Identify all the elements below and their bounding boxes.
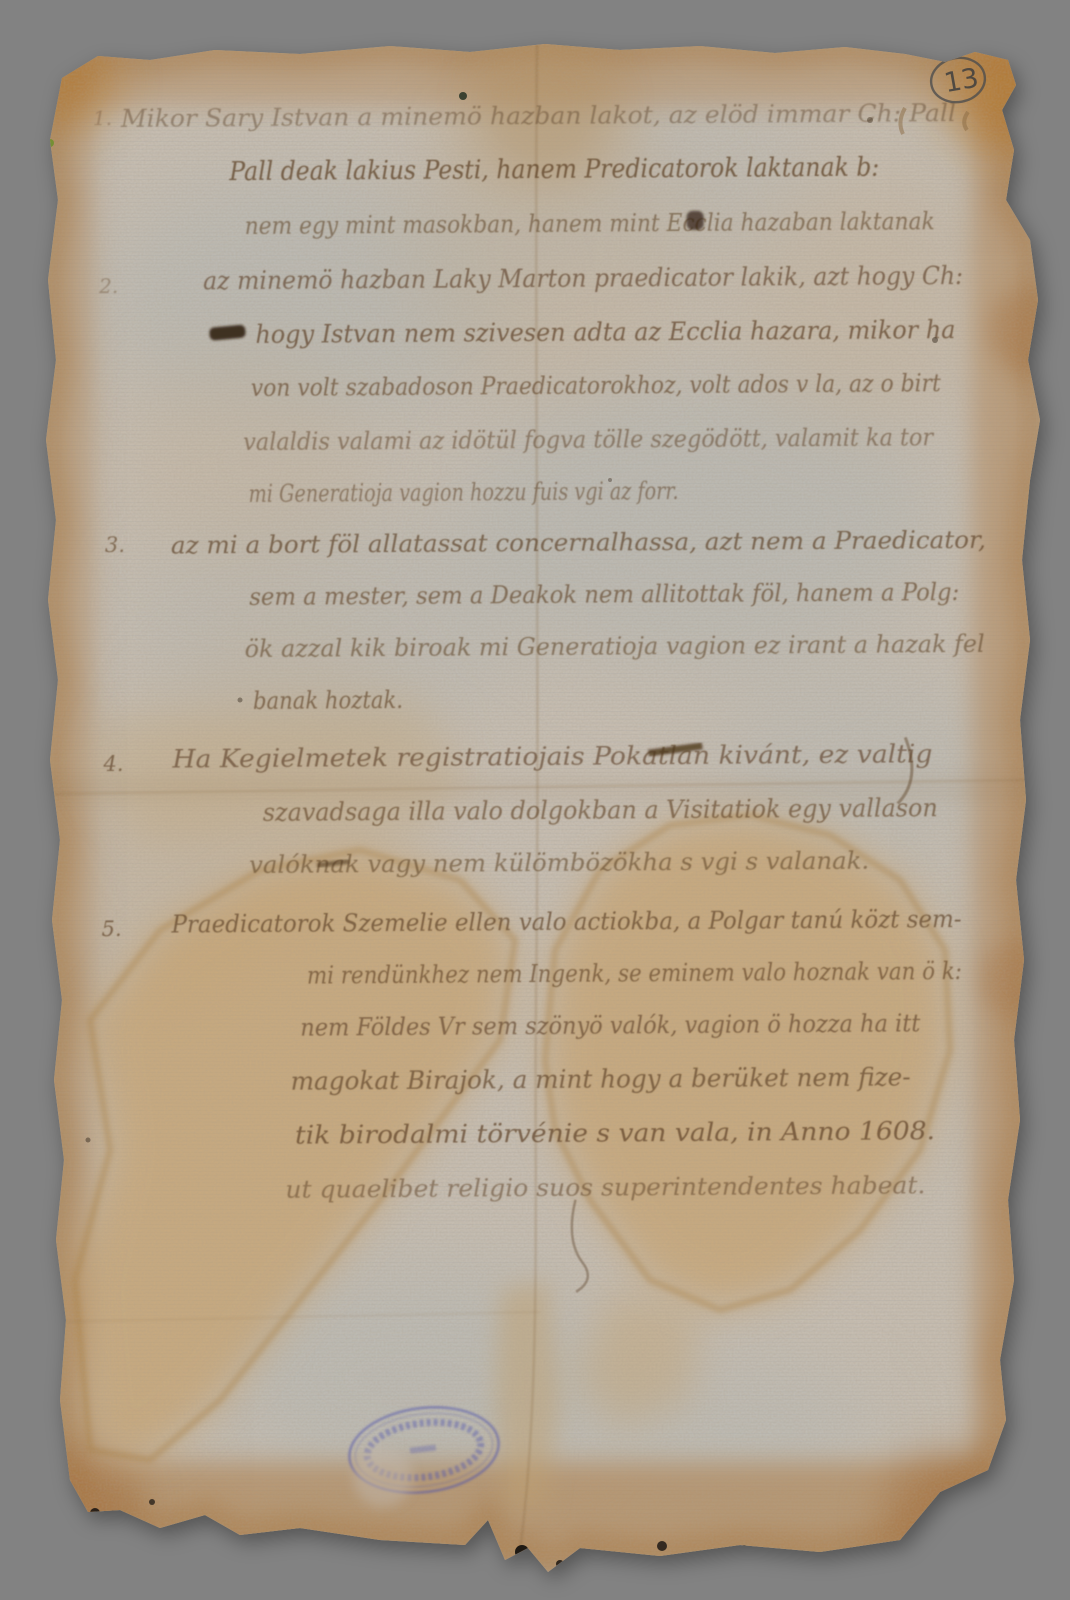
margin-number-4: 4. xyxy=(102,752,123,776)
ink-blot-ecclia xyxy=(687,211,704,230)
manuscript-page: 1. 2. 3. 4. 5. Mikor Sary Istvan a minem… xyxy=(0,0,1070,1600)
handwritten-line-8: mi Generatioja vagion hozzu fuis vgi az … xyxy=(248,477,678,508)
handwritten-line-13: Ha Kegielmetek registratiojais Pokatlan … xyxy=(171,739,932,773)
handwritten-line-12: banak hoztak. xyxy=(253,686,403,715)
margin-number-3: 3. xyxy=(105,533,125,557)
handwritten-line-18: nem Földes Vr sem szönyö valók, vagion ö… xyxy=(300,1009,921,1041)
manuscript-photo: 1. 2. 3. 4. 5. Mikor Sary Istvan a minem… xyxy=(0,0,1070,1600)
paper-sheet: 1. 2. 3. 4. 5. Mikor Sary Istvan a minem… xyxy=(18,0,1070,1592)
handwritten-line-5: hogy Istvan nem szivesen adta az Ecclia … xyxy=(255,315,955,349)
handwritten-line-2: Pall deak lakius Pesti, hanem Predicator… xyxy=(228,153,879,188)
handwritten-line-1: Mikor Sary Istvan a minemö hazban lakot,… xyxy=(120,99,956,133)
handwritten-line-4: az minemö hazban Laky Marton praedicator… xyxy=(203,261,963,295)
handwritten-line-19: magokat Birajok, a mint hogy a berüket n… xyxy=(291,1062,911,1095)
handwritten-line-16: Praedicatorok Szemelie ellen valo actiok… xyxy=(171,905,962,939)
handwritten-line-10: sem a mester, sem a Deakok nem allitotta… xyxy=(249,578,959,611)
handwritten-line-17: mi rendünkhez nem Ingenk, se eminem valo… xyxy=(307,957,962,990)
margin-number-2: 2. xyxy=(98,274,118,298)
handwritten-line-11: ök azzal kik biroak mi Generatioja vagio… xyxy=(245,630,985,663)
handwritten-line-9: az mi a bort föl allatassat concernalhas… xyxy=(171,526,986,560)
margin-number-5: 5. xyxy=(102,917,122,941)
handwritten-line-14: szavadsaga illa valo dolgokban a Visitat… xyxy=(263,793,938,827)
handwritten-line-7: valaldis valami az idötül fogva tölle sz… xyxy=(243,423,935,456)
handwritten-line-21: ut quaelibet religio suos superintendent… xyxy=(285,1171,925,1203)
page-number: 13 xyxy=(942,63,981,99)
margin-number-1: 1. xyxy=(93,106,112,130)
handwritten-line-6: von volt szabadoson Praedicatorokhoz, vo… xyxy=(251,369,941,402)
handwritten-line-3: nem egy mint masokban, hanem mint Ecclia… xyxy=(245,207,935,240)
handwritten-line-20: tik birodalmi törvénie s van vala, in An… xyxy=(295,1116,935,1149)
